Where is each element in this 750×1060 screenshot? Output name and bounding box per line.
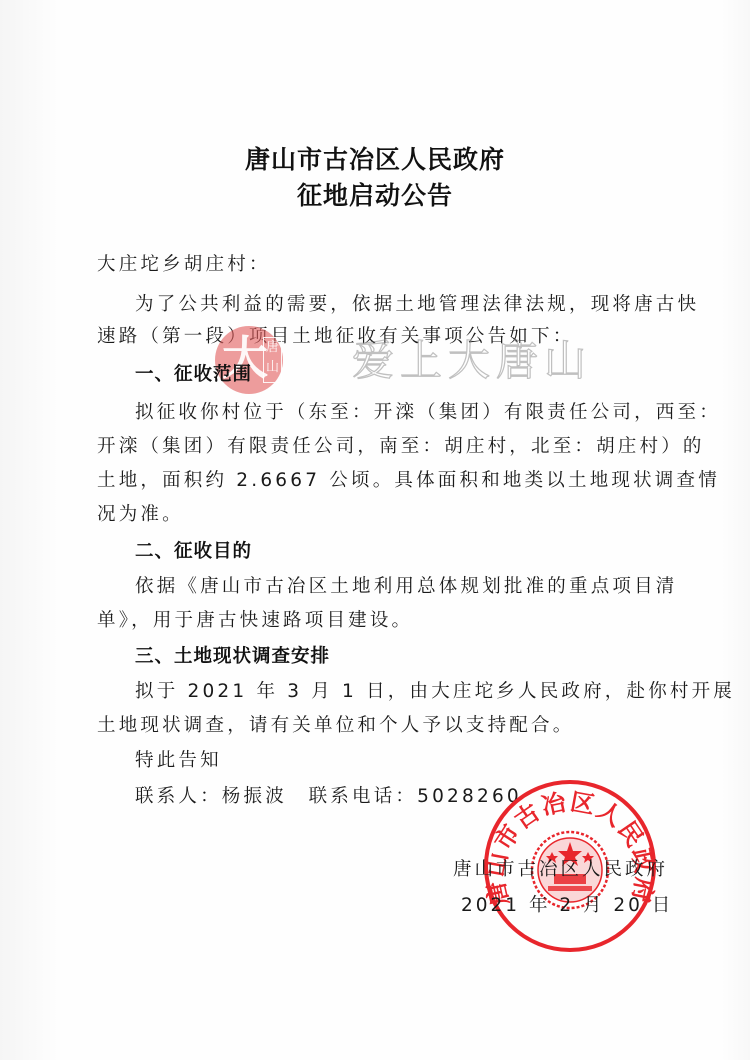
contact-info: 联系人：杨振波 联系电话：5028260 [135, 782, 522, 808]
signature-date: 2021 年 2 月 20 日 [461, 891, 673, 917]
watermark-text: 爱上大唐山 [352, 336, 592, 386]
section-line: 况为准。 [97, 500, 184, 526]
section-heading-purpose: 二、征收目的 [135, 537, 252, 563]
section-line: 依据《唐山市古冶区土地利用总体规划批准的重点项目清 [135, 572, 678, 598]
signature-org: 唐山市古冶区人民政府 [453, 855, 668, 881]
section-line: 拟征收你村位于（东至：开滦（集团）有限责任公司，西至： [135, 398, 721, 424]
section-line: 拟于 2021 年 3 月 1 日，由大庄坨乡人民政府，赴你村开展 [135, 677, 735, 703]
section-heading-scope: 一、征收范围 [135, 360, 252, 386]
document-page: 唐山市古冶区人民政府 征地启动公告 大庄坨乡胡庄村： 为了公共利益的需要，依据土… [0, 0, 750, 1060]
section-heading-survey: 三、土地现状调查安排 [135, 642, 330, 668]
intro-line: 为了公共利益的需要，依据土地管理法律法规，现将唐古快 [135, 290, 699, 316]
section-line: 开滦（集团）有限责任公司，南至：胡庄村，北至：胡庄村）的 [97, 432, 705, 458]
document-title-issuer: 唐山市古冶区人民政府 [0, 140, 750, 176]
addressee: 大庄坨乡胡庄村： [97, 250, 271, 276]
section-line: 土地现状调查，请有关单位和个人予以支持配合。 [97, 711, 574, 737]
section-line: 土地，面积约 2.6667 公顷。具体面积和地类以土地现状调查情 [97, 466, 720, 492]
watermark-logo-box: 唐山 [263, 337, 282, 383]
closing-text: 特此告知 [135, 746, 222, 772]
document-title: 征地启动公告 [0, 176, 750, 212]
section-line: 单》，用于唐古快速路项目建设。 [97, 606, 413, 632]
